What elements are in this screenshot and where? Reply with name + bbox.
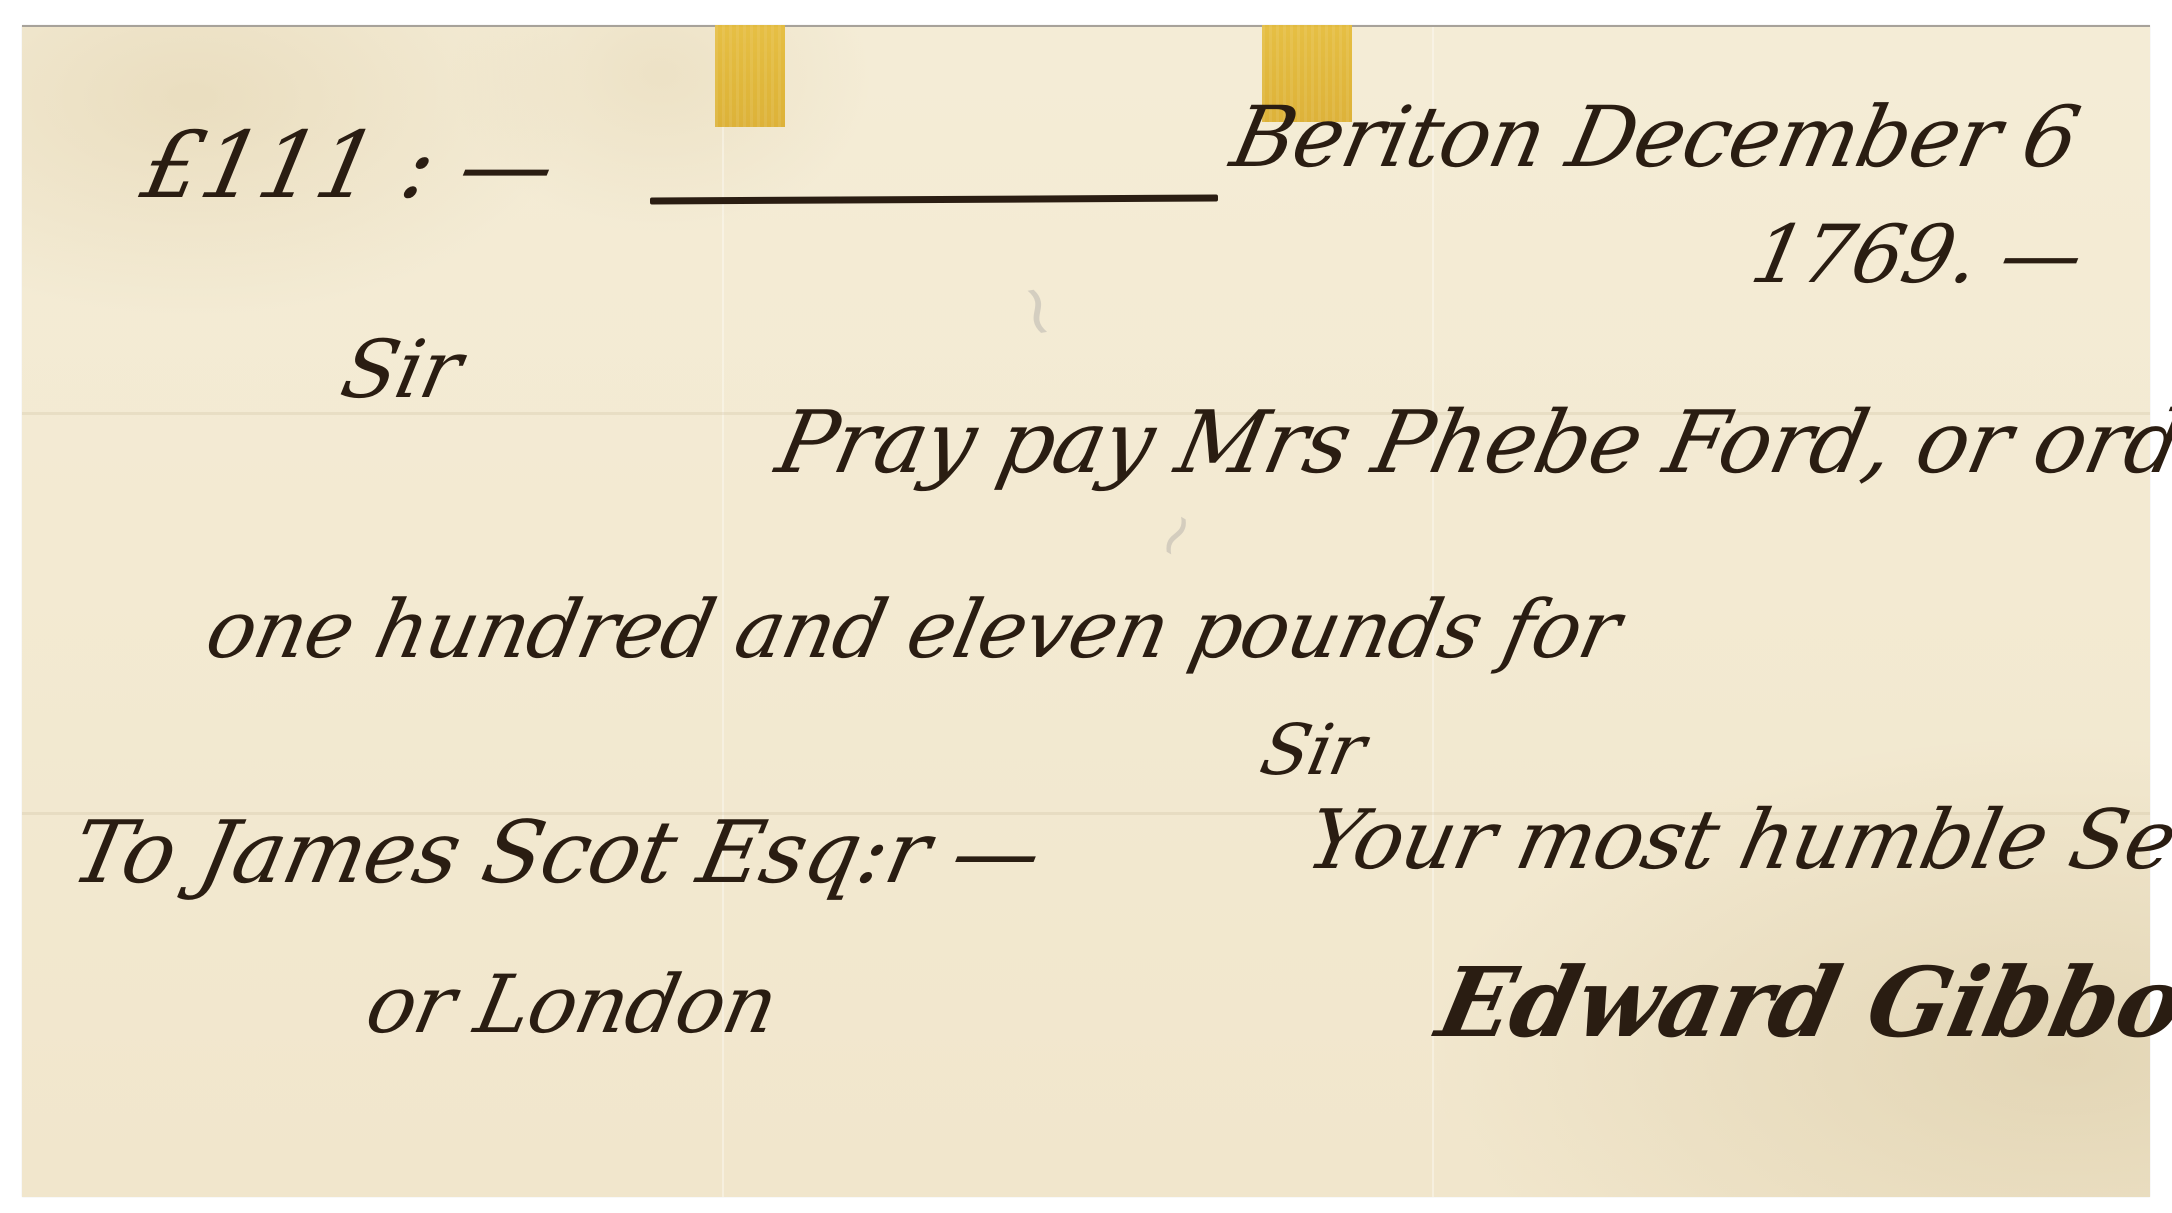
closing-phrase-text: Your most humble Serv.t bbox=[1300, 800, 2172, 882]
year-text: 1769. — bbox=[1745, 215, 2089, 295]
addressee-location-text: or London bbox=[360, 965, 784, 1045]
body-line-2: one hundred and eleven pounds for bbox=[200, 590, 1626, 670]
closing-salutation-text: Sir bbox=[1255, 715, 1371, 785]
salutation-text: Sir bbox=[335, 330, 468, 410]
signature-text: Edward Gibbon bbox=[1430, 955, 2172, 1051]
body-line-1: Pray pay Mrs Phebe Ford, or order bbox=[770, 400, 2172, 486]
addressee-name-text: To James Scot Esq:r — bbox=[65, 810, 1048, 896]
place-date-text: Beriton December 6 bbox=[1225, 95, 2086, 179]
yellow-tape-strip-left bbox=[715, 25, 785, 127]
amount-text: £111 : — bbox=[135, 120, 562, 212]
